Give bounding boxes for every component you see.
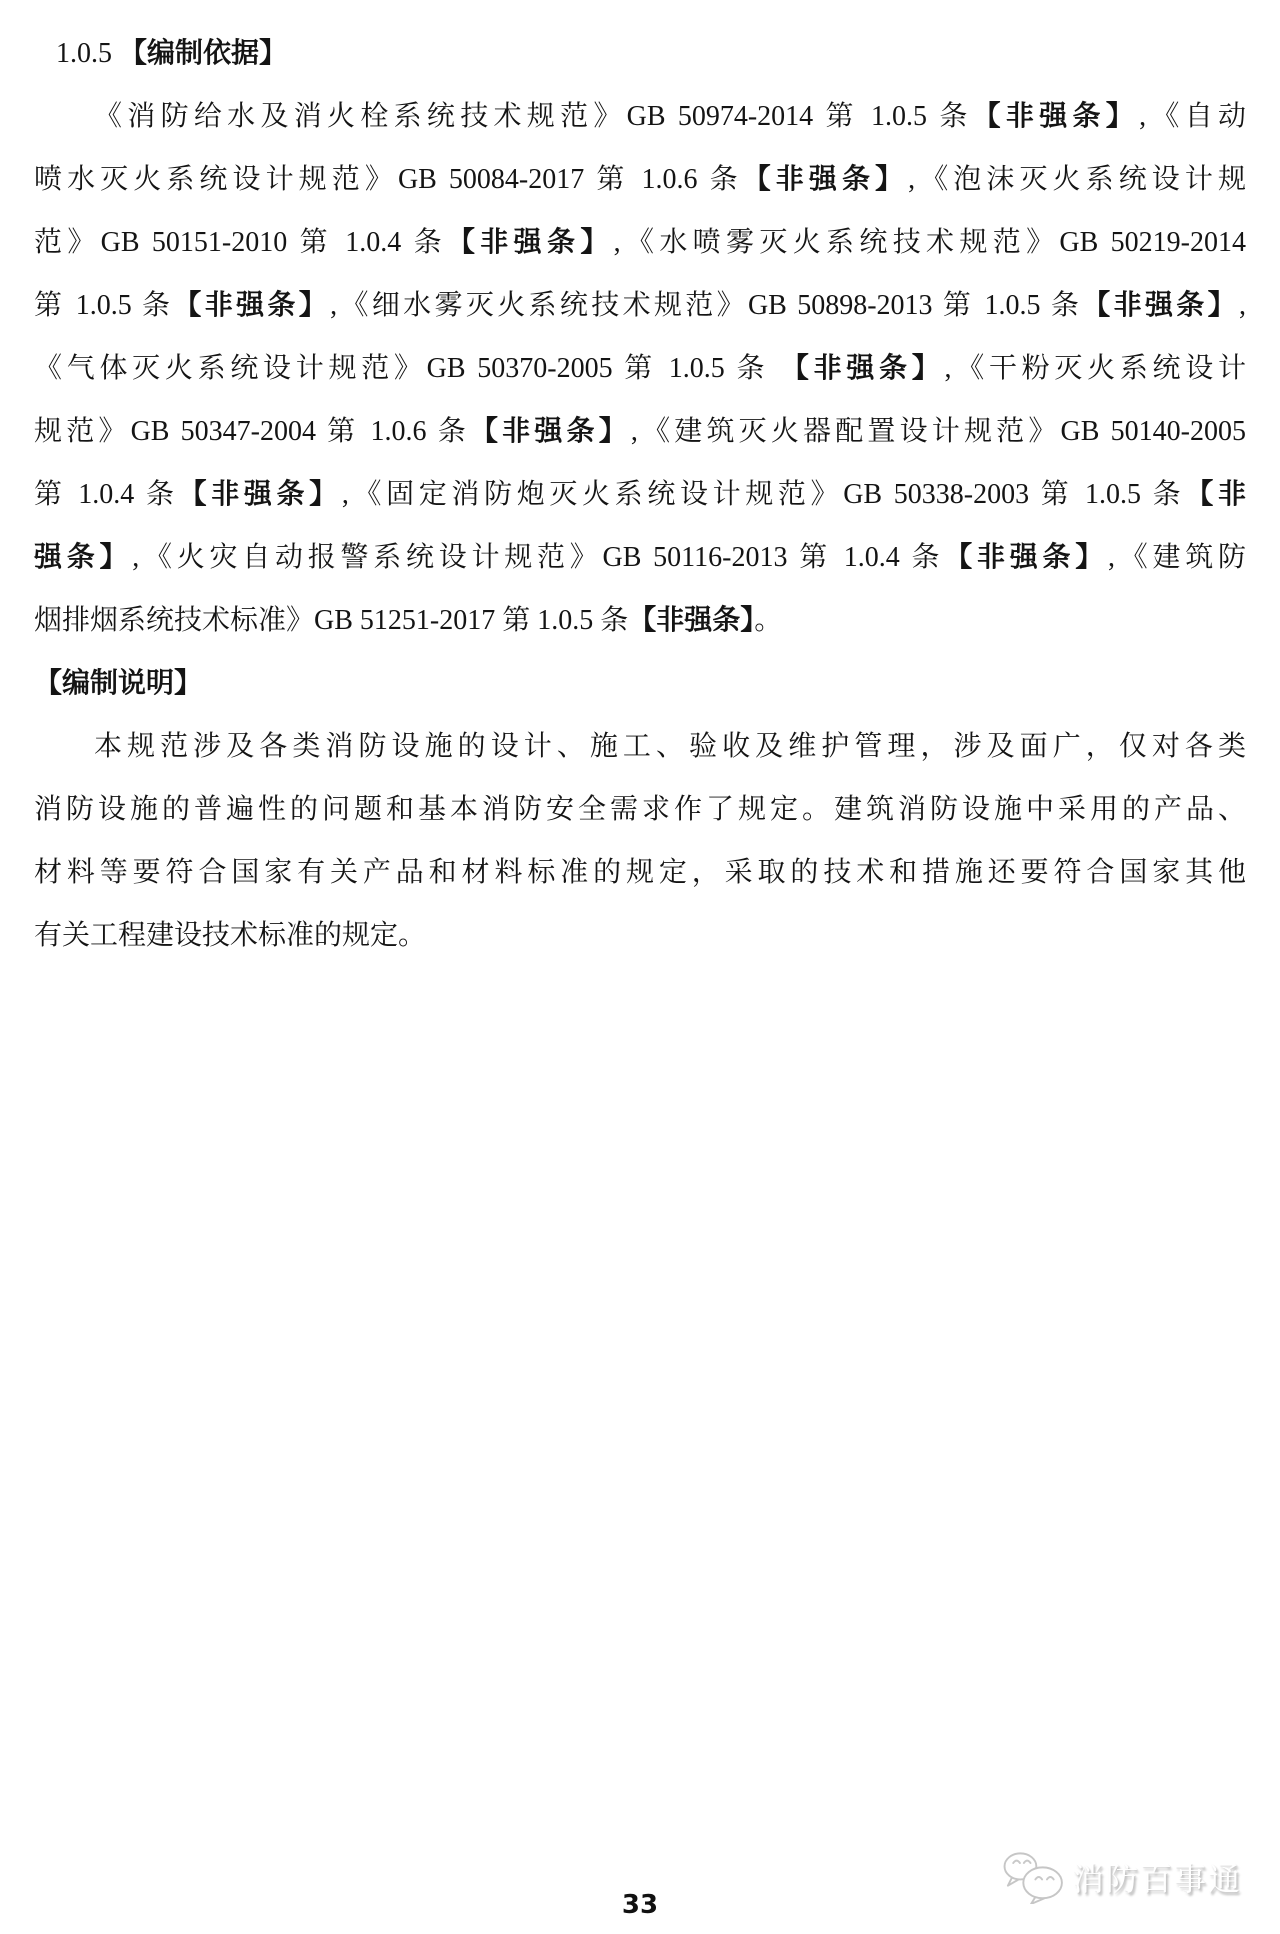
emphasis-run: 【非强条】 — [944, 542, 1108, 573]
text-run: 第 1.0.4 条 — [34, 479, 179, 510]
text-run: ,《建筑防 — [1108, 542, 1246, 573]
text-run: ,《固定消防炮灭火系统设计规范》GB 50338-2003 第 1.0.5 条 — [342, 479, 1185, 510]
emphasis-run: 【非强条】 — [1082, 290, 1239, 321]
emphasis-run: 【非强条】 — [447, 227, 614, 258]
notes-line-4: 有关工程建设技术标准的规定。 — [34, 904, 1246, 967]
text-run: 《气体灭火系统设计规范》GB 50370-2005 第 1.0.5 条 — [34, 353, 781, 384]
basis-line-8: 强条】,《火灾自动报警系统设计规范》GB 50116-2013 第 1.0.4 … — [34, 526, 1246, 589]
text-run: ,《建筑灭火器配置设计规范》GB 50140-2005 — [631, 416, 1246, 447]
document-page: 1.0.5 【编制依据】《消防给水及消火栓系统技术规范》GB 50974-201… — [0, 0, 1280, 1934]
text-run: 范》GB 50151-2010 第 1.0.4 条 — [34, 227, 447, 258]
basis-line-6: 规范》GB 50347-2004 第 1.0.6 条【非强条】,《建筑灭火器配置… — [34, 400, 1246, 463]
emphasis-run: 强条】 — [34, 542, 132, 573]
text-run: 《消防给水及消火栓系统技术规范》GB 50974-2014 第 1.0.5 条 — [94, 101, 973, 132]
notes-line-3: 材料等要符合国家有关产品和材料标准的规定，采取的技术和措施还要符合国家其他 — [34, 841, 1246, 904]
chat-bubbles-icon — [1000, 1850, 1064, 1904]
basis-line-9: 烟排烟系统技术标准》GB 51251-2017 第 1.0.5 条【非强条】。 — [34, 589, 1246, 652]
emphasis-run: 【非强条】 — [973, 101, 1139, 132]
text-run: 喷水灭火系统设计规范》GB 50084-2017 第 1.0.6 条 — [34, 164, 743, 195]
text-run: 。 — [754, 605, 782, 636]
text-run: 有关工程建设技术标准的规定。 — [34, 920, 426, 951]
notes-line-1: 本规范涉及各类消防设施的设计、施工、验收及维护管理，涉及面广，仅对各类 — [34, 715, 1246, 778]
emphasis-run: 【非强条】 — [470, 416, 631, 447]
notes-line-2: 消防设施的普遍性的问题和基本消防安全需求作了规定。建筑消防设施中采用的产品、 — [34, 778, 1246, 841]
text-run: 本规范涉及各类消防设施的设计、施工、验收及维护管理，涉及面广，仅对各类 — [94, 731, 1246, 762]
emphasis-run: 【非强条】 — [179, 479, 342, 510]
document-body: 1.0.5 【编制依据】《消防给水及消火栓系统技术规范》GB 50974-201… — [34, 22, 1246, 967]
text-run: , — [1239, 290, 1246, 321]
basis-line-7: 第 1.0.4 条【非强条】,《固定消防炮灭火系统设计规范》GB 50338-2… — [34, 463, 1246, 526]
text-run: ,《火灾自动报警系统设计规范》GB 50116-2013 第 1.0.4 条 — [132, 542, 944, 573]
text-run: 规范》GB 50347-2004 第 1.0.6 条 — [34, 416, 470, 447]
text-run: ,《细水雾灭火系统技术规范》GB 50898-2013 第 1.0.5 条 — [330, 290, 1082, 321]
text-run: 消防设施的普遍性的问题和基本消防安全需求作了规定。建筑消防设施中采用的产品、 — [34, 794, 1246, 825]
text-run: ,《自动 — [1139, 101, 1246, 132]
basis-line-2: 喷水灭火系统设计规范》GB 50084-2017 第 1.0.6 条【非强条】,… — [34, 148, 1246, 211]
watermark-brand: 消防百事通 — [1072, 1854, 1242, 1900]
emphasis-run: 【编制依据】 — [119, 38, 287, 69]
emphasis-run: 【非 — [1185, 479, 1246, 510]
notes-heading: 【编制说明】 — [34, 652, 1246, 715]
emphasis-run: 【非强条】 — [628, 605, 754, 636]
basis-line-3: 范》GB 50151-2010 第 1.0.4 条【非强条】,《水喷雾灭火系统技… — [34, 211, 1246, 274]
emphasis-run: 【编制说明】 — [34, 668, 202, 699]
emphasis-run: 【非强条】 — [781, 353, 945, 384]
basis-line-1: 《消防给水及消火栓系统技术规范》GB 50974-2014 第 1.0.5 条【… — [34, 85, 1246, 148]
text-run: ,《水喷雾灭火系统技术规范》GB 50219-2014 — [614, 227, 1246, 258]
basis-line-5: 《气体灭火系统设计规范》GB 50370-2005 第 1.0.5 条 【非强条… — [34, 337, 1246, 400]
text-run: 1.0.5 — [56, 38, 119, 69]
emphasis-run: 【非强条】 — [743, 164, 908, 195]
watermark: 消防百事通 — [1000, 1850, 1242, 1904]
text-run: ,《泡沫灭火系统设计规 — [908, 164, 1246, 195]
text-run: 材料等要符合国家有关产品和材料标准的规定，采取的技术和措施还要符合国家其他 — [34, 857, 1246, 888]
text-run: ,《干粉灭火系统设计 — [945, 353, 1246, 384]
basis-heading: 1.0.5 【编制依据】 — [34, 22, 1246, 85]
emphasis-run: 【非强条】 — [173, 290, 330, 321]
text-run: 烟排烟系统技术标准》GB 51251-2017 第 1.0.5 条 — [34, 605, 628, 636]
basis-line-4: 第 1.0.5 条【非强条】,《细水雾灭火系统技术规范》GB 50898-201… — [34, 274, 1246, 337]
text-run: 第 1.0.5 条 — [34, 290, 173, 321]
